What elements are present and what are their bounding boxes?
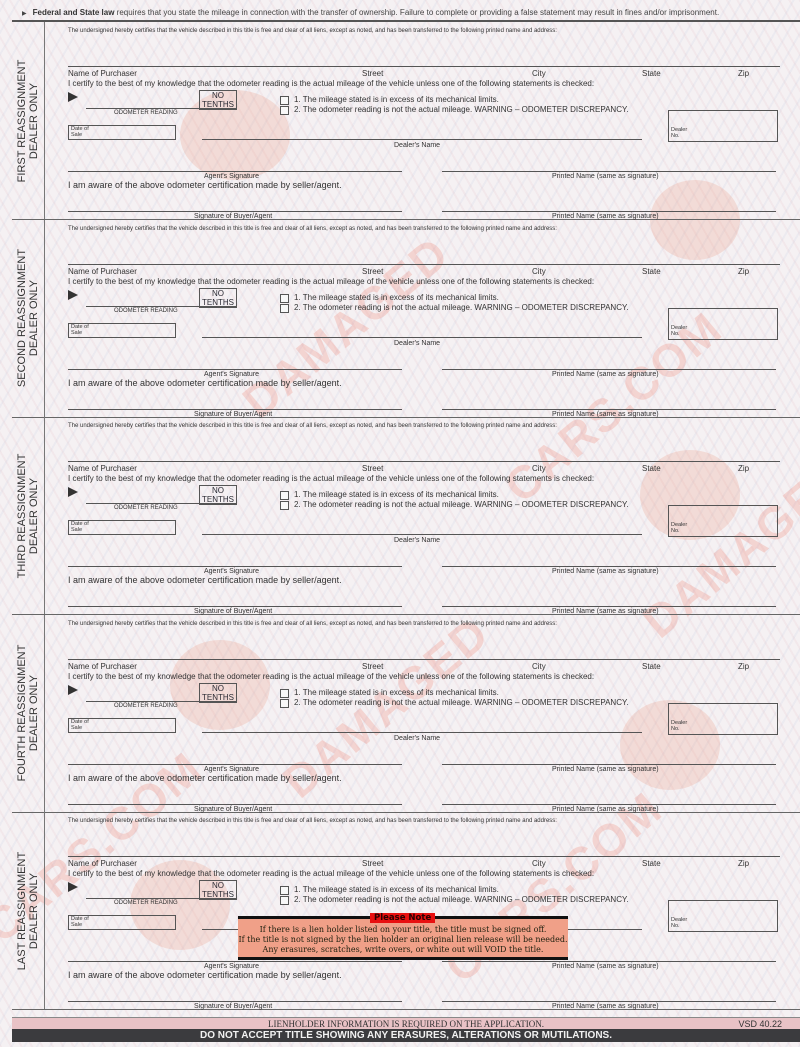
note-line: If there is a lien holder listed on your…	[238, 925, 568, 935]
section-subtitle: DEALER ONLY	[28, 249, 40, 387]
please-note-banner: Please Note If there is a lien holder li…	[238, 916, 568, 960]
zip-label: Zip	[738, 69, 749, 78]
state-label: State	[642, 464, 661, 473]
dealers-name-line[interactable]	[202, 337, 642, 338]
odometer-certification-text: I certify to the best of my knowledge th…	[68, 869, 594, 878]
purchaser-line[interactable]	[68, 659, 780, 660]
zip-label: Zip	[738, 859, 749, 868]
section-subtitle: DEALER ONLY	[28, 852, 40, 970]
dealers-name-line[interactable]	[202, 139, 642, 140]
state-label: State	[642, 859, 661, 868]
zip-label: Zip	[738, 464, 749, 473]
agents-signature-label: Agent's Signature	[204, 371, 259, 378]
mileage-excess-checkbox[interactable]	[280, 689, 289, 698]
option-2-label: 2. The odometer reading is not the actua…	[294, 105, 629, 114]
form-code: VSD 40.22	[738, 1019, 782, 1029]
option-1-label: 1. The mileage stated is in excess of it…	[294, 490, 499, 499]
no-tenths-box: NOTENTHS	[199, 288, 237, 308]
dealer-number-field[interactable]: DealerNo.	[668, 308, 778, 340]
section-subtitle: DEALER ONLY	[28, 453, 40, 578]
reassignment-section-1: FIRST REASSIGNMENTDEALER ONLY The unders…	[12, 22, 800, 220]
arrow-right-icon	[68, 487, 78, 497]
please-note-title: Please Note	[370, 913, 435, 923]
awareness-statement: I am aware of the above odometer certifi…	[68, 773, 342, 783]
legal-notice: ▶Federal and State law requires that you…	[22, 8, 719, 17]
agents-signature-label: Agent's Signature	[204, 568, 259, 575]
dealer-number-field[interactable]: DealerNo.	[668, 703, 778, 735]
buyer-printed-name-line[interactable]	[442, 211, 776, 212]
odometer-certification-text: I certify to the best of my knowledge th…	[68, 474, 594, 483]
purchaser-line[interactable]	[68, 66, 780, 67]
section-title: FIRST REASSIGNMENT	[16, 59, 28, 182]
state-label: State	[642, 69, 661, 78]
odometer-reading-label: ODOMETER READING	[114, 505, 178, 511]
no-tenths-box: NOTENTHS	[199, 880, 237, 900]
odometer-reading-label: ODOMETER READING	[114, 900, 178, 906]
printed-name-label: Printed Name (same as signature)	[552, 371, 659, 378]
agents-signature-line[interactable]	[68, 566, 402, 567]
section-subtitle: DEALER ONLY	[28, 59, 40, 182]
section-title: THIRD REASSIGNMENT	[16, 453, 28, 578]
agents-signature-label: Agent's Signature	[204, 173, 259, 180]
reassignment-form: FIRST REASSIGNMENTDEALER ONLY The unders…	[12, 20, 800, 1026]
buyer-signature-line[interactable]	[68, 211, 402, 212]
arrow-right-icon	[68, 92, 78, 102]
mileage-excess-checkbox[interactable]	[280, 294, 289, 303]
agents-signature-label: Agent's Signature	[204, 963, 259, 970]
odometer-certification-text: I certify to the best of my knowledge th…	[68, 672, 594, 681]
mileage-excess-checkbox[interactable]	[280, 491, 289, 500]
no-tenths-box: NOTENTHS	[199, 683, 237, 703]
no-tenths-box: NOTENTHS	[199, 485, 237, 505]
section-side-label: THIRD REASSIGNMENTDEALER ONLY	[12, 417, 45, 614]
date-of-sale-field[interactable]: Date ofSale	[68, 520, 176, 535]
option-2-label: 2. The odometer reading is not the actua…	[294, 500, 629, 509]
buyer-signature-line[interactable]	[68, 606, 402, 607]
dealers-name-label: Dealer's Name	[394, 537, 440, 544]
buyer-printed-name-line[interactable]	[442, 1001, 776, 1002]
odometer-certification-text: I certify to the best of my knowledge th…	[68, 79, 594, 88]
date-of-sale-field[interactable]: Date ofSale	[68, 718, 176, 733]
buyer-signature-line[interactable]	[68, 804, 402, 805]
certification-text: The undersigned hereby certifies that th…	[68, 818, 557, 824]
bullet-arrow-icon: ▶	[22, 11, 27, 17]
dealer-number-field[interactable]: DealerNo.	[668, 900, 778, 932]
street-label: Street	[362, 662, 383, 671]
awareness-statement: I am aware of the above odometer certifi…	[68, 180, 342, 190]
legal-notice-bold: Federal and State law	[33, 8, 115, 17]
option-2-label: 2. The odometer reading is not the actua…	[294, 698, 629, 707]
agents-signature-line[interactable]	[68, 961, 402, 962]
printed-name-line[interactable]	[442, 566, 776, 567]
printed-name-label: Printed Name (same as signature)	[552, 173, 659, 180]
dealer-number-field[interactable]: DealerNo.	[668, 505, 778, 537]
awareness-statement: I am aware of the above odometer certifi…	[68, 378, 342, 388]
note-line: If the title is not signed by the lien h…	[238, 935, 568, 945]
dealers-name-label: Dealer's Name	[394, 735, 440, 742]
arrow-right-icon	[68, 290, 78, 300]
city-label: City	[532, 464, 546, 473]
agents-signature-line[interactable]	[68, 171, 402, 172]
name-of-purchaser-label: Name of Purchaser	[68, 464, 137, 473]
odometer-discrepancy-checkbox[interactable]	[280, 106, 289, 115]
buyer-signature-line[interactable]	[68, 409, 402, 410]
street-label: Street	[362, 464, 383, 473]
purchaser-line[interactable]	[68, 461, 780, 462]
section-title: SECOND REASSIGNMENT	[16, 249, 28, 387]
purchaser-line[interactable]	[68, 856, 780, 857]
printed-name-line[interactable]	[442, 369, 776, 370]
mileage-excess-checkbox[interactable]	[280, 886, 289, 895]
purchaser-line[interactable]	[68, 264, 780, 265]
no-tenths-box: NOTENTHS	[199, 90, 237, 110]
date-of-sale-field[interactable]: Date ofSale	[68, 125, 176, 140]
alteration-warning: DO NOT ACCEPT TITLE SHOWING ANY ERASURES…	[12, 1029, 800, 1042]
agents-signature-line[interactable]	[68, 764, 402, 765]
buyer-printed-name-line[interactable]	[442, 409, 776, 410]
printed-name-line[interactable]	[442, 764, 776, 765]
certification-text: The undersigned hereby certifies that th…	[68, 226, 557, 232]
section-side-label: LAST REASSIGNMENTDEALER ONLY	[12, 812, 45, 1009]
option-1-label: 1. The mileage stated is in excess of it…	[294, 885, 499, 894]
name-of-purchaser-label: Name of Purchaser	[68, 662, 137, 671]
printed-name-label: Printed Name (same as signature)	[552, 963, 659, 970]
reassignment-section-5: LAST REASSIGNMENTDEALER ONLY The undersi…	[12, 812, 800, 1010]
odometer-discrepancy-checkbox[interactable]	[280, 699, 289, 708]
street-label: Street	[362, 267, 383, 276]
section-side-label: SECOND REASSIGNMENTDEALER ONLY	[12, 220, 45, 417]
state-label: State	[642, 662, 661, 671]
printed-name-label: Printed Name (same as signature)	[552, 568, 659, 575]
legal-notice-text: requires that you state the mileage in c…	[114, 8, 719, 17]
city-label: City	[532, 69, 546, 78]
printed-name-label: Printed Name (same as signature)	[552, 766, 659, 773]
reassignment-section-2: SECOND REASSIGNMENTDEALER ONLY The under…	[12, 220, 800, 418]
odometer-reading-label: ODOMETER READING	[114, 110, 178, 116]
mileage-excess-checkbox[interactable]	[280, 96, 289, 105]
dealer-number-field[interactable]: DealerNo.	[668, 110, 778, 142]
name-of-purchaser-label: Name of Purchaser	[68, 267, 137, 276]
odometer-reading-label: ODOMETER READING	[114, 703, 178, 709]
city-label: City	[532, 859, 546, 868]
zip-label: Zip	[738, 267, 749, 276]
certification-text: The undersigned hereby certifies that th…	[68, 423, 557, 429]
arrow-right-icon	[68, 882, 78, 892]
buyer-printed-name-label: Printed Name (same as signature)	[552, 1003, 659, 1010]
dealers-name-line[interactable]	[202, 534, 642, 535]
dealers-name-label: Dealer's Name	[394, 142, 440, 149]
section-title: FOURTH REASSIGNMENT	[16, 645, 28, 782]
odometer-discrepancy-checkbox[interactable]	[280, 304, 289, 313]
state-label: State	[642, 267, 661, 276]
buyer-printed-name-line[interactable]	[442, 606, 776, 607]
printed-name-line[interactable]	[442, 171, 776, 172]
buyer-signature-label: Signature of Buyer/Agent	[194, 1003, 272, 1010]
dealers-name-label: Dealer's Name	[394, 340, 440, 347]
arrow-right-icon	[68, 685, 78, 695]
agents-signature-label: Agent's Signature	[204, 766, 259, 773]
zip-label: Zip	[738, 662, 749, 671]
city-label: City	[532, 662, 546, 671]
name-of-purchaser-label: Name of Purchaser	[68, 859, 137, 868]
option-2-label: 2. The odometer reading is not the actua…	[294, 895, 629, 904]
option-1-label: 1. The mileage stated is in excess of it…	[294, 688, 499, 697]
awareness-statement: I am aware of the above odometer certifi…	[68, 970, 342, 980]
city-label: City	[532, 267, 546, 276]
lienholder-notice: LIENHOLDER INFORMATION IS REQUIRED ON TH…	[12, 1019, 800, 1029]
agents-signature-line[interactable]	[68, 369, 402, 370]
name-of-purchaser-label: Name of Purchaser	[68, 69, 137, 78]
section-side-label: FOURTH REASSIGNMENTDEALER ONLY	[12, 615, 45, 812]
option-1-label: 1. The mileage stated is in excess of it…	[294, 293, 499, 302]
section-subtitle: DEALER ONLY	[28, 645, 40, 782]
section-title: LAST REASSIGNMENT	[16, 852, 28, 970]
date-of-sale-field[interactable]: Date ofSale	[68, 915, 176, 930]
note-line: Any erasures, scratches, write overs, or…	[238, 945, 568, 955]
odometer-reading-label: ODOMETER READING	[114, 308, 178, 314]
reassignment-section-3: THIRD REASSIGNMENTDEALER ONLY The unders…	[12, 417, 800, 615]
odometer-certification-text: I certify to the best of my knowledge th…	[68, 277, 594, 286]
street-label: Street	[362, 859, 383, 868]
option-1-label: 1. The mileage stated is in excess of it…	[294, 95, 499, 104]
option-2-label: 2. The odometer reading is not the actua…	[294, 303, 629, 312]
section-side-label: FIRST REASSIGNMENTDEALER ONLY	[12, 22, 45, 219]
printed-name-line[interactable]	[442, 961, 776, 962]
street-label: Street	[362, 69, 383, 78]
certification-text: The undersigned hereby certifies that th…	[68, 28, 557, 34]
buyer-signature-line[interactable]	[68, 1001, 402, 1002]
odometer-discrepancy-checkbox[interactable]	[280, 501, 289, 510]
odometer-discrepancy-checkbox[interactable]	[280, 896, 289, 905]
awareness-statement: I am aware of the above odometer certifi…	[68, 575, 342, 585]
reassignment-section-4: FOURTH REASSIGNMENTDEALER ONLY The under…	[12, 615, 800, 813]
dealers-name-line[interactable]	[202, 732, 642, 733]
certification-text: The undersigned hereby certifies that th…	[68, 621, 557, 627]
date-of-sale-field[interactable]: Date ofSale	[68, 323, 176, 338]
buyer-printed-name-line[interactable]	[442, 804, 776, 805]
